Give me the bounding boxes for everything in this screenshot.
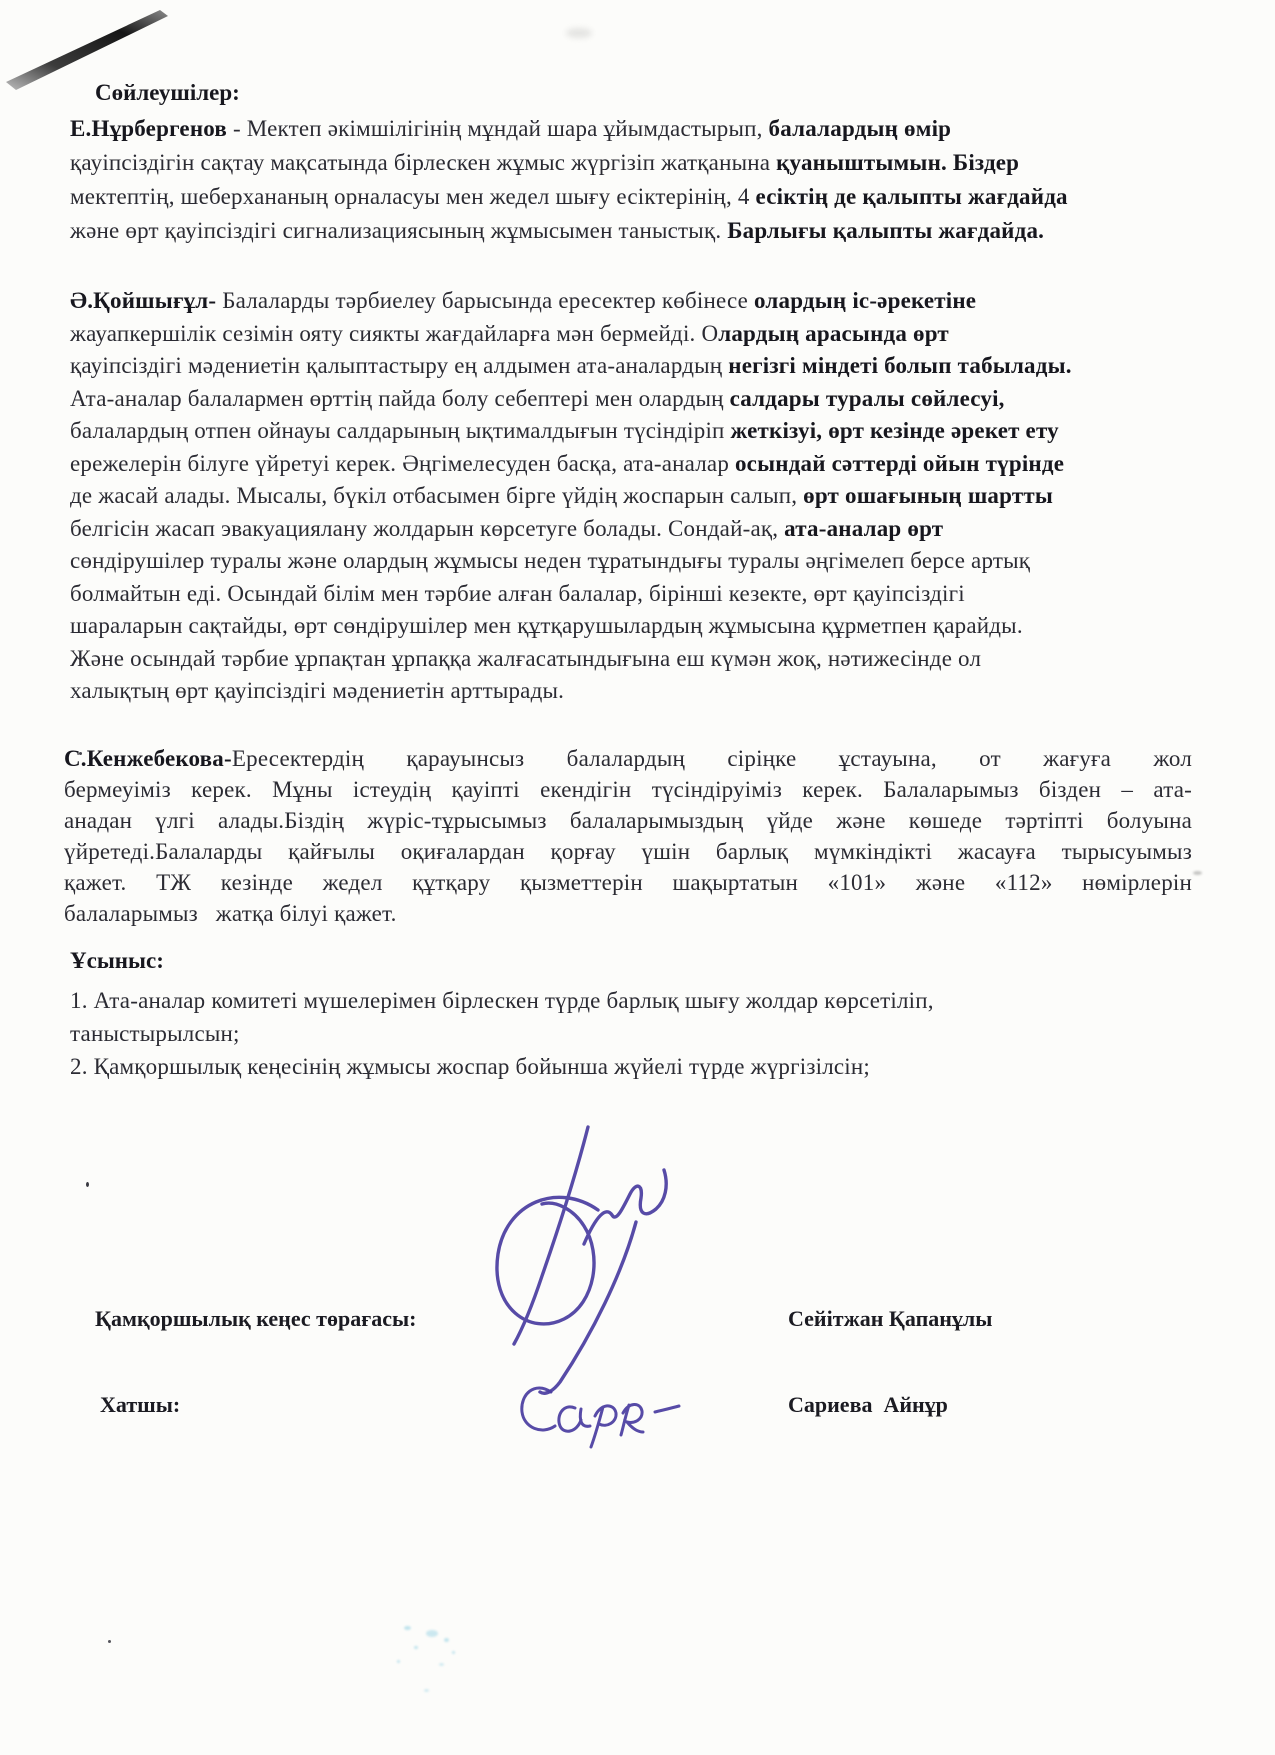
text-line: халықтың өрт қауіпсіздігі мәдениетін арт… bbox=[70, 675, 1192, 708]
text-line: мектептің, шеберхананың орналасуы мен же… bbox=[70, 180, 1192, 214]
ink-speckle-artifact bbox=[426, 1630, 438, 1637]
text-segment: халықтың өрт қауіпсіздігі мәдениетін арт… bbox=[70, 678, 564, 703]
text-segment: шараларын сақтайды, өрт сөндірушілер мен… bbox=[70, 613, 1023, 638]
secretary-signature bbox=[515, 1372, 687, 1452]
ink-speckle-artifact bbox=[439, 1663, 444, 1666]
bold-text-segment: Е.Нұрбергенов bbox=[70, 116, 227, 141]
text-line: қажет. ТЖ кезінде жедел құтқару қызметте… bbox=[64, 867, 1192, 898]
proposal-line: 2. Қамқоршылық кеңесінің жұмысы жоспар б… bbox=[70, 1050, 1192, 1083]
proposal-heading: Ұсыныс: bbox=[70, 948, 164, 974]
text-line: балалардың отпен ойнауы салдарының ықтим… bbox=[70, 415, 1192, 448]
scan-noise bbox=[79, 752, 82, 755]
text-segment: қауіпсіздігі мәдениетін қалыптастыру ең … bbox=[70, 353, 728, 378]
ink-speckle-artifact bbox=[414, 1646, 418, 1649]
text-line: ережелерін білуге үйретуі керек. Әңгімел… bbox=[70, 448, 1192, 481]
ink-speckle-artifact bbox=[444, 1638, 449, 1642]
text-segment: бермеуіміз керек. Мұны істеудің қауіпті … bbox=[64, 777, 1192, 802]
secretary-name: Сариева Айнұр bbox=[788, 1392, 948, 1418]
text-line: қауіпсіздігі мәдениетін қалыптастыру ең … bbox=[70, 350, 1192, 383]
bold-text-segment: Барлығы қалыпты жағдайда. bbox=[727, 218, 1044, 243]
bold-text-segment: С.Кенжебекова- bbox=[64, 746, 232, 771]
text-line: шараларын сақтайды, өрт сөндірушілер мен… bbox=[70, 610, 1192, 643]
bold-text-segment: лардың арасында өрт bbox=[718, 321, 949, 346]
bold-text-segment: қуаныштымын. Біздер bbox=[776, 150, 1019, 175]
text-line: С.Кенжебекова-Ересектердің қарауынсыз ба… bbox=[64, 743, 1192, 774]
text-line: қауіпсіздігін сақтау мақсатында бірлеске… bbox=[70, 146, 1192, 180]
text-segment: ережелерін білуге үйретуі керек. Әңгімел… bbox=[70, 451, 735, 476]
scanned-document-page: Сөйлеушілер: Е.Нұрбергенов - Мектеп әкім… bbox=[0, 0, 1275, 1755]
text-segment: болмайтын еді. Осындай білім мен тәрбие … bbox=[70, 581, 965, 606]
bold-text-segment: өрт ошағының шартты bbox=[797, 483, 1053, 508]
bold-text-segment: балалардың өмір bbox=[763, 116, 952, 141]
text-segment: сөндірушілер туралы және олардың жұмысы … bbox=[70, 548, 1030, 573]
text-segment: анадан үлгі алады.Біздің жүріс-тұрысымыз… bbox=[64, 808, 1192, 833]
text-line: анадан үлгі алады.Біздің жүріс-тұрысымыз… bbox=[64, 805, 1192, 836]
text-line: бермеуіміз керек. Мұны істеудің қауіпті … bbox=[64, 774, 1192, 805]
text-line: де жасай алады. Мысалы, бүкіл отбасымен … bbox=[70, 480, 1192, 513]
speech-nurbergenov: Е.Нұрбергенов - Мектеп әкімшілігінің мұн… bbox=[70, 112, 1192, 248]
bold-text-segment: негізгі міндеті болып табылады. bbox=[728, 353, 1071, 378]
speech-kenzhebekova: С.Кенжебекова-Ересектердің қарауынсыз ба… bbox=[64, 743, 1192, 929]
text-line: үйретеді.Балаларды қайғылы оқиғалардан қ… bbox=[64, 836, 1192, 867]
text-line: белгісін жасап эвакуациялану жолдарын кө… bbox=[70, 513, 1192, 546]
bold-text-segment: Ә.Қойшығұл- bbox=[70, 288, 216, 313]
ink-speckle-artifact bbox=[452, 1651, 455, 1654]
text-line: Ата-аналар балалармен өрттің пайда болу … bbox=[70, 383, 1192, 416]
secretary-label: Хатшы: bbox=[100, 1392, 180, 1418]
text-segment: мектептің, шеберхананың орналасуы мен же… bbox=[70, 184, 756, 209]
text-line: Е.Нұрбергенов - Мектеп әкімшілігінің мұн… bbox=[70, 112, 1192, 146]
text-line: және өрт қауіпсіздігі сигнализациясының … bbox=[70, 214, 1192, 248]
ink-speckle-artifact bbox=[424, 1689, 429, 1692]
text-segment: және өрт қауіпсіздігі сигнализациясының … bbox=[70, 218, 727, 243]
text-segment: Және осындай тәрбие ұрпақтан ұрпаққа жал… bbox=[70, 646, 981, 671]
text-line: жауапкершілік сезімін ояту сиякты жағдай… bbox=[70, 318, 1192, 351]
ink-speckle-artifact bbox=[397, 1660, 400, 1663]
bold-text-segment: жеткізуі, өрт кезінде әрекет ету bbox=[731, 418, 1059, 443]
ink-speckle-artifact bbox=[404, 1626, 411, 1630]
speakers-heading: Сөйлеушілер: bbox=[95, 80, 240, 106]
bold-text-segment: ата-аналар өрт bbox=[784, 516, 943, 541]
proposal-list: 1. Ата-аналар комитеті мүшелерімен бірле… bbox=[70, 984, 1192, 1083]
text-segment: Ата-аналар балалармен өрттің пайда болу … bbox=[70, 386, 730, 411]
text-line: балаларымыз жатқа білуі қажет. bbox=[64, 898, 1192, 929]
text-line: сөндірушілер туралы және олардың жұмысы … bbox=[70, 545, 1192, 578]
chairman-label: Қамқоршылық кеңес төрағасы: bbox=[95, 1306, 416, 1332]
scan-noise bbox=[1193, 871, 1202, 875]
text-segment: де жасай алады. Мысалы, бүкіл отбасымен … bbox=[70, 483, 797, 508]
scan-noise bbox=[86, 1182, 89, 1187]
text-segment: - Мектеп әкімшілігінің мұндай шара ұйымд… bbox=[227, 116, 763, 141]
bold-text-segment: есіктің де қалыпты жағдайда bbox=[756, 184, 1068, 209]
text-segment: үйретеді.Балаларды қайғылы оқиғалардан қ… bbox=[64, 839, 1192, 864]
text-segment: балалардың отпен ойнауы салдарының ықтим… bbox=[70, 418, 731, 443]
text-line: болмайтын еді. Осындай білім мен тәрбие … bbox=[70, 578, 1192, 611]
bold-text-segment: олардың іс-әрекетіне bbox=[754, 288, 976, 313]
text-segment: қауіпсіздігін сақтау мақсатында бірлеске… bbox=[70, 150, 776, 175]
speech-koishygul: Ә.Қойшығұл- Балаларды тәрбиелеу барысынд… bbox=[70, 285, 1192, 708]
scan-noise bbox=[108, 1640, 111, 1643]
text-segment: Ересектердің қарауынсыз балалардың сірің… bbox=[232, 746, 1192, 771]
bold-text-segment: осындай сәттерді ойын түрінде bbox=[735, 451, 1064, 476]
proposal-line: 1. Ата-аналар комитеті мүшелерімен бірле… bbox=[70, 984, 1192, 1017]
proposal-line: таныстырылсын; bbox=[70, 1017, 1192, 1050]
text-segment: белгісін жасап эвакуациялану жолдарын кө… bbox=[70, 516, 784, 541]
chairman-signature bbox=[438, 1112, 678, 1407]
text-segment: қажет. ТЖ кезінде жедел құтқару қызметте… bbox=[64, 870, 1192, 895]
scan-noise bbox=[566, 28, 592, 38]
text-segment: Балаларды тәрбиелеу барысында ересектер … bbox=[216, 288, 754, 313]
text-segment: жауапкершілік сезімін ояту сиякты жағдай… bbox=[70, 321, 718, 346]
text-line: Ә.Қойшығұл- Балаларды тәрбиелеу барысынд… bbox=[70, 285, 1192, 318]
text-segment: балаларымыз жатқа білуі қажет. bbox=[64, 901, 397, 926]
text-line: Және осындай тәрбие ұрпақтан ұрпаққа жал… bbox=[70, 643, 1192, 676]
chairman-name: Сейітжан Қапанұлы bbox=[788, 1306, 992, 1332]
bold-text-segment: салдары туралы сөйлесуі, bbox=[730, 386, 1005, 411]
